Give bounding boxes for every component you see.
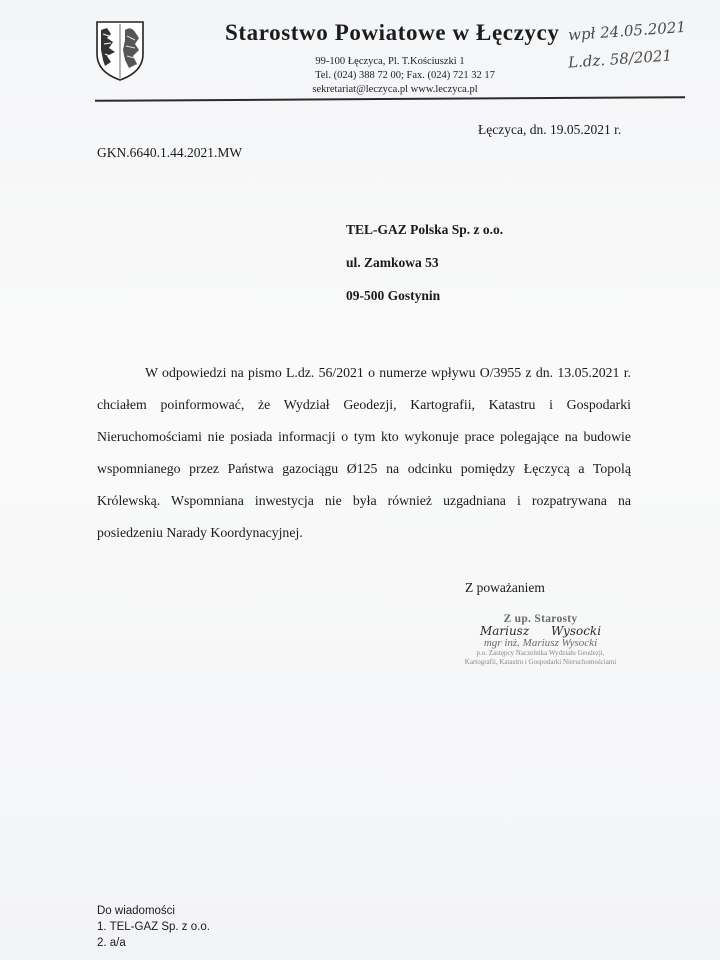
handwritten-register-number: L.dz. 58/2021 xyxy=(567,46,672,71)
body-paragraph: W odpowiedzi na pismo L.dz. 56/2021 o nu… xyxy=(97,357,631,549)
recipient-street: ul. Zamkowa 53 xyxy=(346,255,439,271)
recipient-name: TEL-GAZ Polska Sp. z o.o. xyxy=(346,222,503,238)
letter-body: W odpowiedzi na pismo L.dz. 56/2021 o nu… xyxy=(97,357,631,549)
header-divider xyxy=(95,96,685,101)
organization-email-web: sekretariat@leczyca.pl www.leczyca.pl xyxy=(0,84,720,95)
cc-item: 2. a/a xyxy=(97,935,210,951)
cc-title: Do wiadomości xyxy=(97,903,210,919)
recipient-city: 09-500 Gostynin xyxy=(346,288,440,304)
signature-stamp: Z up. Starosty Mariusz Wysocki mgr inż. … xyxy=(448,613,633,667)
handwritten-signature: Mariusz Wysocki xyxy=(448,624,633,638)
reference-number: GKN.6640.1.44.2021.MW xyxy=(97,145,242,161)
organization-contact: Tel. (024) 388 72 00; Fax. (024) 721 32 … xyxy=(0,70,720,81)
organization-name: Starostwo Powiatowe w Łęczycy xyxy=(225,20,559,46)
stamp-position-line1: p.o. Zastępcy Naczelnika Wydziału Geodez… xyxy=(448,649,633,658)
closing-greeting: Z poważaniem xyxy=(465,580,545,596)
stamp-signatory-name: mgr inż. Mariusz Wysocki xyxy=(448,637,633,649)
cc-item: 1. TEL-GAZ Sp. z o.o. xyxy=(97,919,210,935)
handwritten-receipt-date: wpł 24.05.2021 xyxy=(568,18,687,44)
letter-page: Starostwo Powiatowe w Łęczycy 99-100 Łęc… xyxy=(0,0,720,960)
cc-block: Do wiadomości 1. TEL-GAZ Sp. z o.o. 2. a… xyxy=(97,903,210,951)
stamp-position-line2: Kartografii, Katastru i Gospodarki Nieru… xyxy=(448,658,633,667)
place-and-date: Łęczyca, dn. 19.05.2021 r. xyxy=(478,122,621,138)
